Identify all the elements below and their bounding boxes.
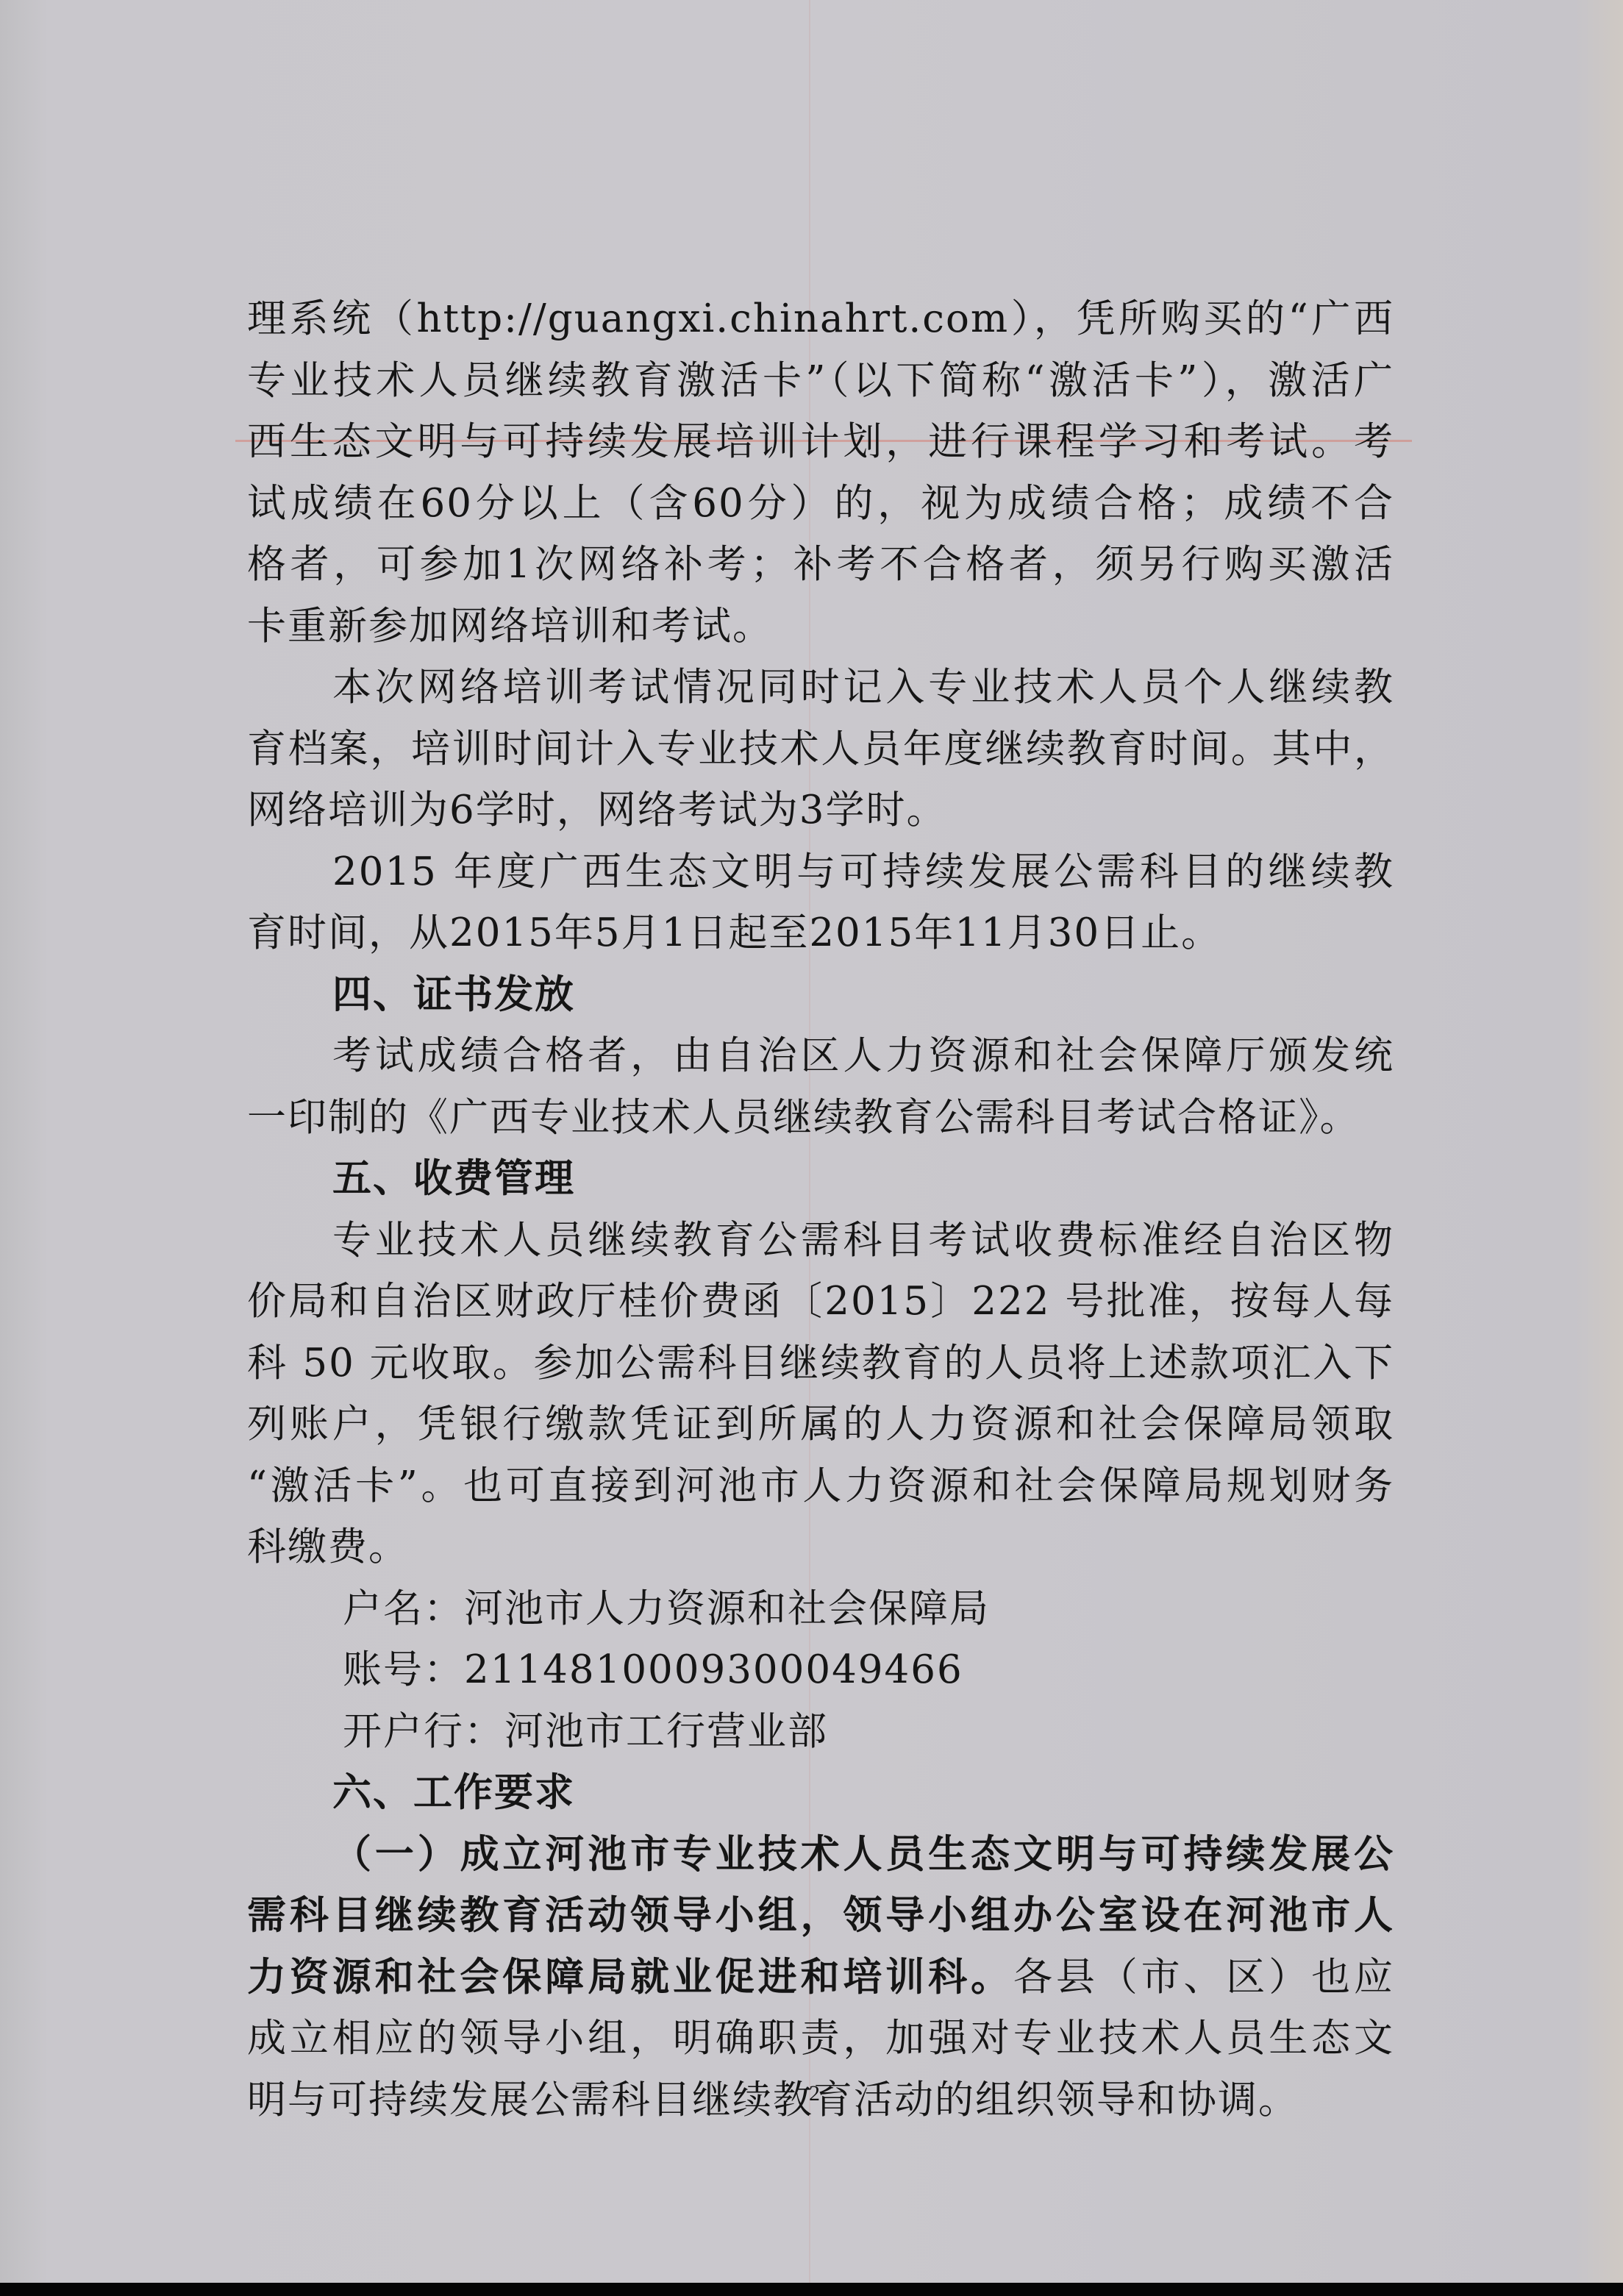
text-line-bold: 需科目继续教育活动领导小组，领导小组办公室设在河池市人 bbox=[247, 1885, 1394, 1947]
text-line-mixed: 力资源和社会保障局就业促进和培训科。各县（市、区）也应 bbox=[247, 1947, 1394, 2008]
account-name-row: 户名：河池市人力资源和社会保障局 bbox=[247, 1578, 1394, 1640]
text-line: 育时间，从2015年5月1日起至2015年11月30日止。 bbox=[247, 902, 1394, 964]
text-line: 成立相应的领导小组，明确职责，加强对专业技术人员生态文 bbox=[247, 2008, 1394, 2069]
regular-segment: 各县（市、区）也应 bbox=[1013, 1955, 1394, 2000]
text-line: 格者，可参加1次网络补考；补考不合格者，须另行购买激活 bbox=[247, 534, 1394, 596]
text-line: 理系统（http://guangxi.chinahrt.com），凭所购买的“广… bbox=[247, 288, 1394, 350]
text-line: 育档案，培训时间计入专业技术人员年度继续教育时间。其中， bbox=[247, 719, 1394, 780]
text-line: 本次网络培训考试情况同时记入专业技术人员个人继续教 bbox=[247, 657, 1394, 719]
text-line: 专业技术人员继续教育公需科目考试收费标准经自治区物 bbox=[247, 1210, 1394, 1272]
text-line: 专业技术人员继续教育激活卡”（以下简称“激活卡”），激活广 bbox=[247, 350, 1394, 412]
scan-bottom-border bbox=[0, 2283, 1623, 2296]
section-heading-certificate: 四、证书发放 bbox=[247, 964, 1394, 1026]
text-line-bold: （一）成立河池市专业技术人员生态文明与可持续发展公 bbox=[247, 1824, 1394, 1886]
text-line: 西生态文明与可持续发展培训计划，进行课程学习和考试。考 bbox=[247, 411, 1394, 473]
text-line: 2015 年度广西生态文明与可持续发展公需科目的继续教 bbox=[247, 841, 1394, 903]
account-number-row: 账号：2114810009300049466 bbox=[247, 1639, 1394, 1701]
text-line: 试成绩在60分以上（含60分）的，视为成绩合格；成绩不合 bbox=[247, 473, 1394, 535]
document-body: 理系统（http://guangxi.chinahrt.com），凭所购买的“广… bbox=[247, 288, 1394, 2131]
page-number: 2 bbox=[809, 2081, 820, 2106]
text-line: 科 50 元收取。参加公需科目继续教育的人员将上述款项汇入下 bbox=[247, 1333, 1394, 1394]
text-line: 列账户，凭银行缴款凭证到所属的人力资源和社会保障局领取 bbox=[247, 1394, 1394, 1455]
section-heading-fees: 五、收费管理 bbox=[247, 1148, 1394, 1210]
account-bank-row: 开户行：河池市工行营业部 bbox=[247, 1701, 1394, 1763]
account-number-label: 账号： bbox=[343, 1647, 464, 1692]
account-number-value: 2114810009300049466 bbox=[464, 1647, 963, 1692]
text-line: 卡重新参加网络培训和考试。 bbox=[247, 596, 1394, 657]
text-line: 科缴费。 bbox=[247, 1516, 1394, 1578]
text-line: 考试成绩合格者，由自治区人力资源和社会保障厅颁发统 bbox=[247, 1025, 1394, 1087]
section-heading-requirements: 六、工作要求 bbox=[247, 1762, 1394, 1824]
text-line: 明与可持续发展公需科目继续教育活动的组织领导和协调。 bbox=[247, 2069, 1394, 2131]
bold-segment: 力资源和社会保障局就业促进和培训科。 bbox=[247, 1955, 1013, 2000]
text-line: “激活卡”。也可直接到河池市人力资源和社会保障局规划财务 bbox=[247, 1455, 1394, 1517]
text-line: 网络培训为6学时，网络考试为3学时。 bbox=[247, 780, 1394, 841]
account-bank-value: 河池市工行营业部 bbox=[504, 1709, 828, 1754]
account-bank-label: 开户行： bbox=[343, 1709, 504, 1754]
account-name-value: 河池市人力资源和社会保障局 bbox=[464, 1586, 990, 1631]
text-line: 一印制的《广西专业技术人员继续教育公需科目考试合格证》。 bbox=[247, 1087, 1394, 1149]
text-line: 价局和自治区财政厅桂价费函〔2015〕222 号批准，按每人每 bbox=[247, 1271, 1394, 1333]
account-name-label: 户名： bbox=[343, 1586, 464, 1631]
